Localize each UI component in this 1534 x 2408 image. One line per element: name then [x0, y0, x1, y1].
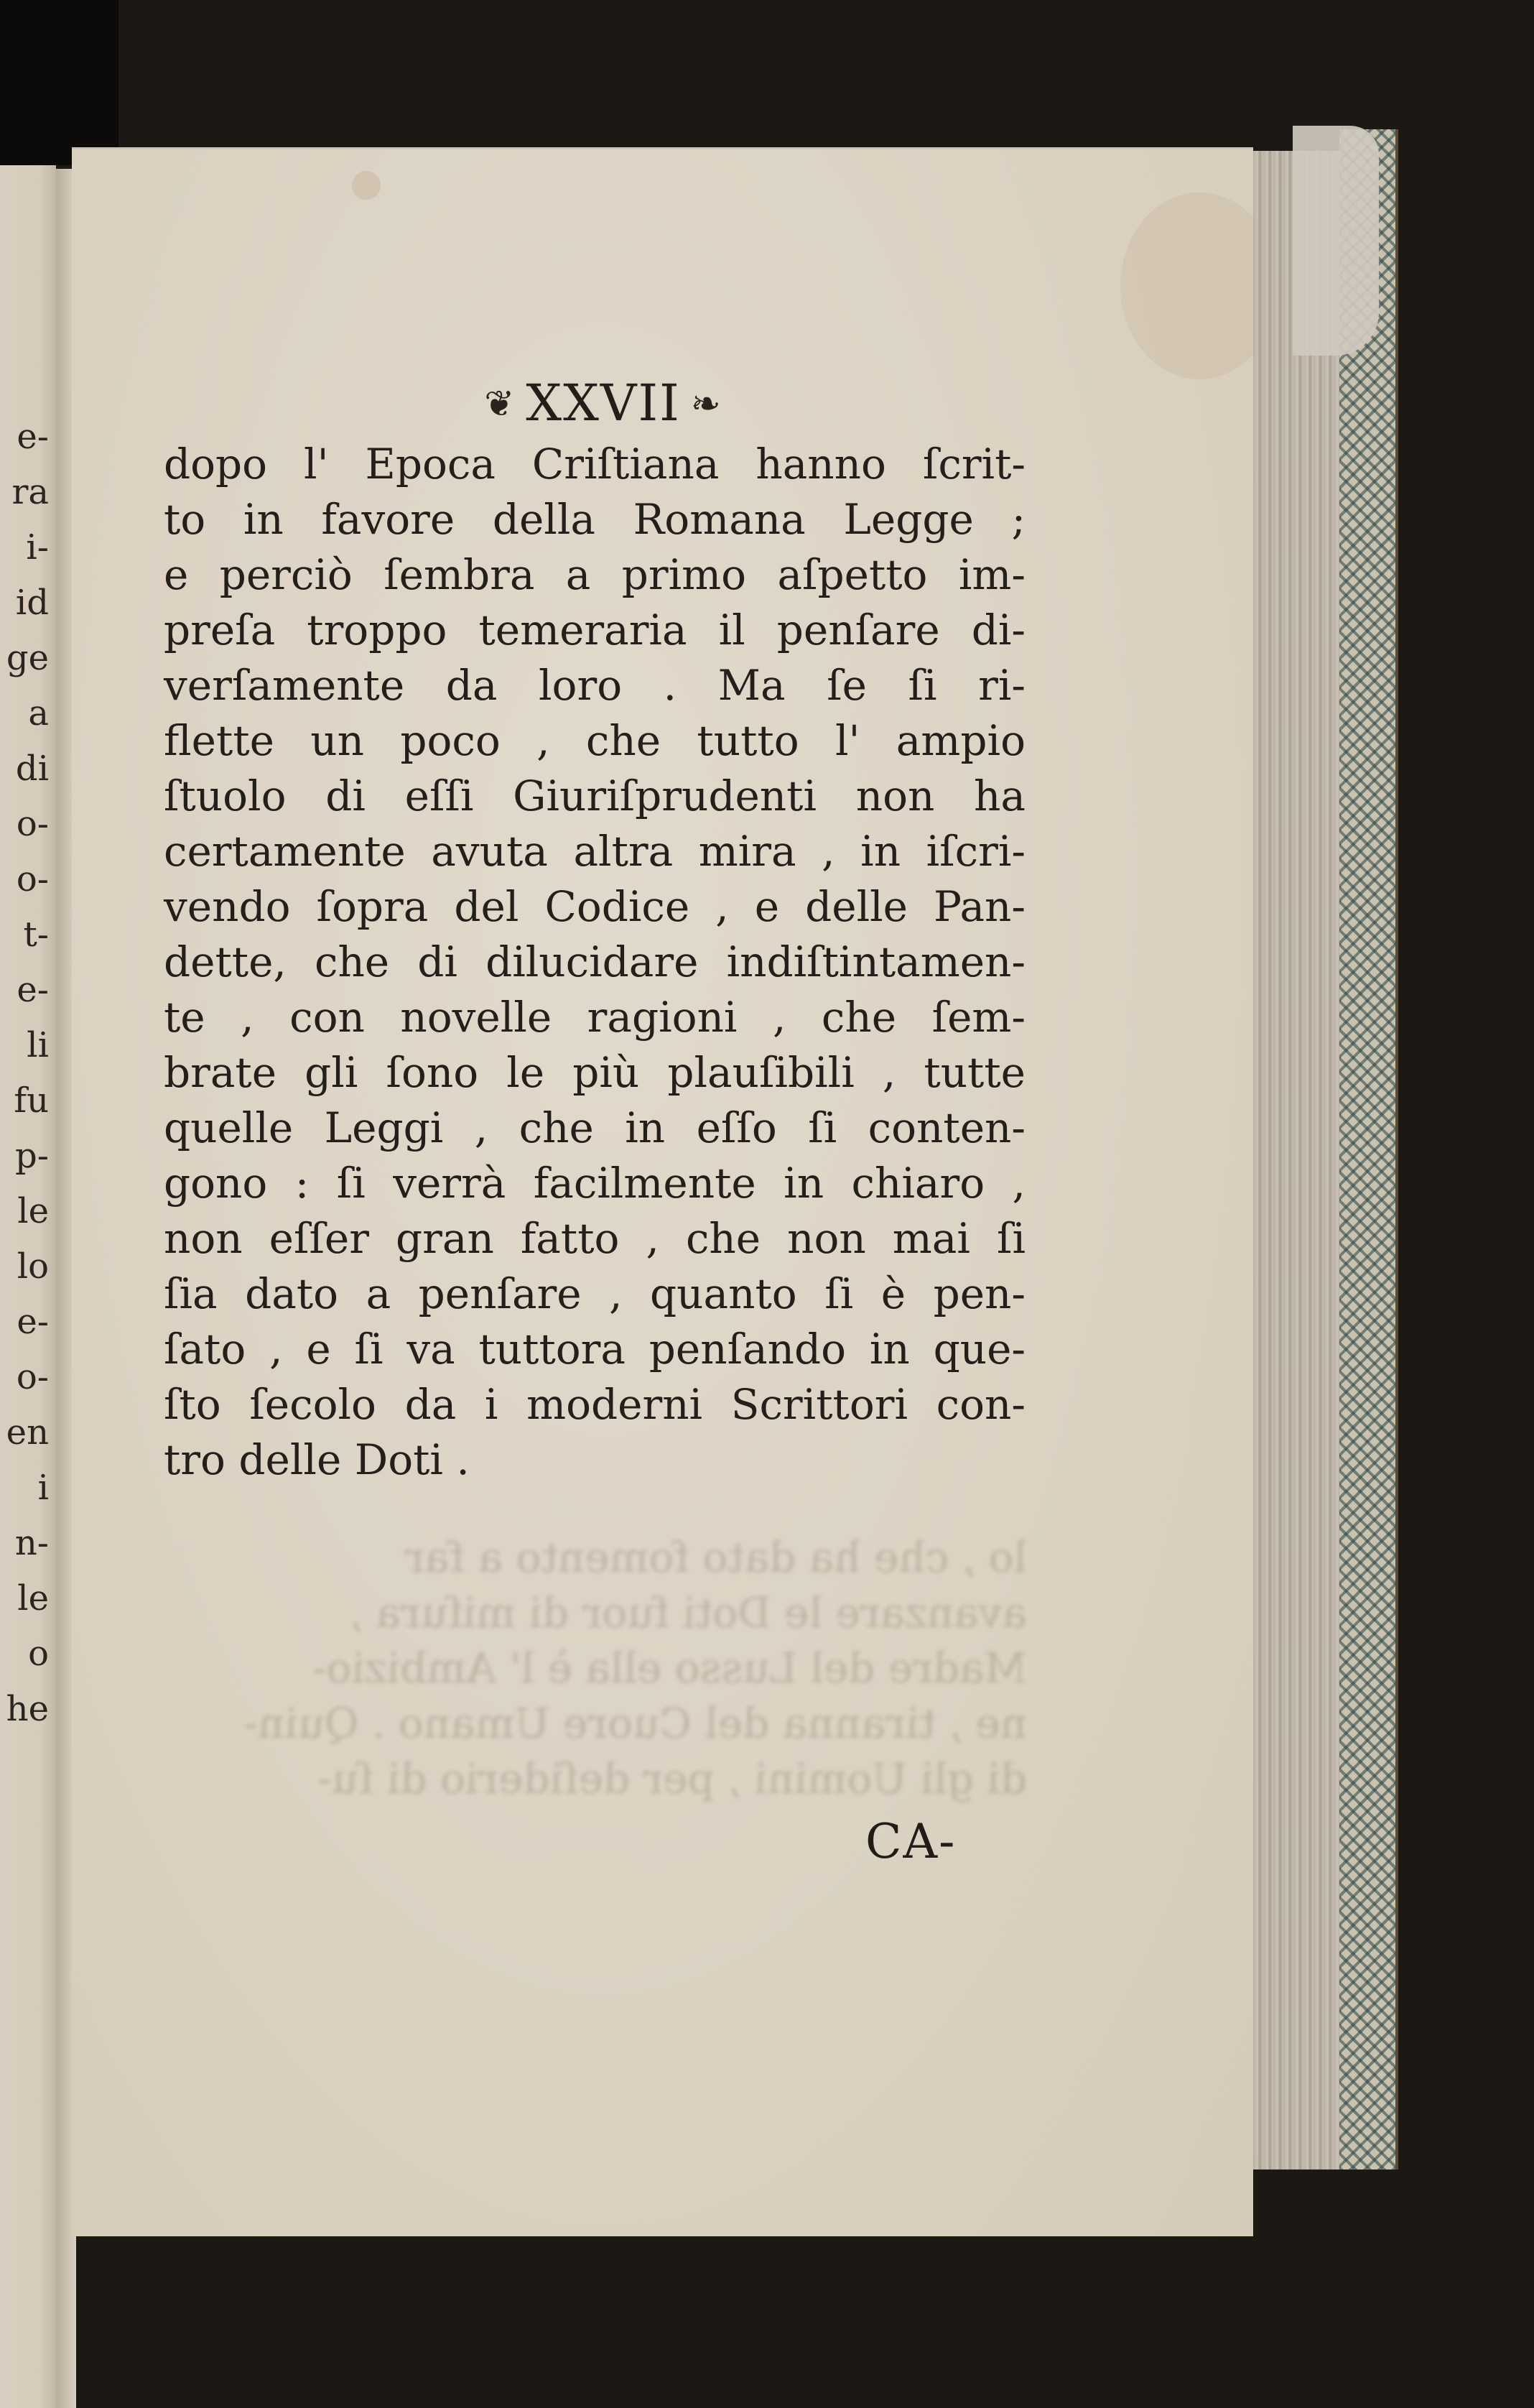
facing-line: o — [3, 1626, 53, 1682]
text-line: to in favore della Romana Legge ; — [164, 492, 1026, 547]
facing-line: di — [3, 741, 53, 797]
text-line: ſato , e ſi va tuttora penſando in que- — [164, 1322, 1026, 1377]
facing-line: ge — [3, 631, 53, 686]
show-through-line: ne , tiranna del Cuore Umano . Quin- — [165, 1696, 1027, 1751]
text-line: dopo l' Epoca Criſtiana hanno ſcrit- — [164, 437, 1026, 492]
text-line: gono : ſi verrà facilmente in chiaro , — [164, 1156, 1026, 1211]
catchword: CA- — [865, 1814, 956, 1869]
text-line: ſia dato a penſare , quanto ſi è pen- — [164, 1266, 1026, 1322]
facing-line: li — [3, 1018, 53, 1073]
text-line: preſa troppo temeraria il penſare di- — [164, 603, 1026, 658]
facing-line: o- — [3, 797, 53, 852]
show-through-line: di gli Uomini , per deſiderio di ſu- — [165, 1751, 1027, 1807]
text-line: non eſſer gran fatto , che non mai ſi — [164, 1211, 1026, 1266]
show-through-text: lo , che ha dato fomento a far avanzare … — [165, 1530, 1027, 1807]
text-line: verſamente da loro . Ma ſe ſi ri- — [164, 658, 1026, 713]
facing-page-text-fragments: e- ra i- id ge a di o- o- t- e- li fu p-… — [3, 409, 53, 1737]
facing-line: le — [3, 1571, 53, 1626]
facing-line: e- — [3, 963, 53, 1018]
page-number-roman: XXVII — [526, 374, 681, 432]
facing-line: id — [3, 575, 53, 631]
body-text: dopo l' Epoca Criſtiana hanno ſcrit- to … — [164, 437, 1026, 1488]
marbled-cover-edge — [1339, 129, 1398, 2169]
facing-line: le — [3, 1184, 53, 1239]
show-through-line: Madre del Lusso ella è l' Ambizio- — [165, 1641, 1027, 1696]
text-line: quelle Leggi , che in eſſo ſi conten- — [164, 1101, 1026, 1156]
text-line-final: tro delle Doti . — [164, 1432, 1026, 1488]
text-line: e perciò ſembra a primo aſpetto im- — [164, 547, 1026, 603]
facing-line: ra — [3, 465, 53, 520]
fleuron-left-icon: ❦ — [484, 383, 516, 425]
facing-page-verso: e- ra i- id ge a di o- o- t- e- li fu p-… — [0, 165, 56, 2408]
facing-line: fu — [3, 1073, 53, 1129]
facing-line: o- — [3, 852, 53, 907]
facing-line: p- — [3, 1129, 53, 1184]
text-line: dette, che di dilucidare indiſtintamen- — [164, 935, 1026, 990]
show-through-line: lo , che ha dato fomento a far — [165, 1530, 1027, 1585]
text-line: ſtuolo di eſſi Giuriſprudenti non ha — [164, 769, 1026, 824]
facing-line: he — [3, 1682, 53, 1737]
text-line: te , con novelle ragioni , che ſem- — [164, 990, 1026, 1045]
facing-line: n- — [3, 1516, 53, 1571]
text-line: flette un poco , che tutto l' ampio — [164, 713, 1026, 769]
fleuron-right-icon: ❧ — [691, 383, 722, 425]
facing-line: en — [3, 1405, 53, 1460]
text-line: brate gli ſono le più plauſibili , tutte — [164, 1045, 1026, 1101]
text-line: vendo ſopra del Codice , e delle Pan- — [164, 879, 1026, 935]
facing-line: o- — [3, 1350, 53, 1405]
text-line: certamente avuta altra mira , in iſcri- — [164, 824, 1026, 879]
facing-line: i — [3, 1460, 53, 1516]
facing-line: e- — [3, 409, 53, 465]
torn-flyleaf — [1293, 126, 1379, 356]
text-line: ſto ſecolo da i moderni Scrittori con- — [164, 1377, 1026, 1432]
facing-line: a — [3, 686, 53, 741]
page-header: ❦XXVII❧ — [402, 374, 804, 432]
facing-line: t- — [3, 907, 53, 963]
facing-line: lo — [3, 1239, 53, 1295]
dark-background-corner — [0, 0, 118, 165]
show-through-line: avanzare le Doti fuor di miſura , — [165, 1585, 1027, 1641]
facing-line: e- — [3, 1295, 53, 1350]
foxing-spot — [352, 171, 381, 200]
facing-line: i- — [3, 520, 53, 575]
